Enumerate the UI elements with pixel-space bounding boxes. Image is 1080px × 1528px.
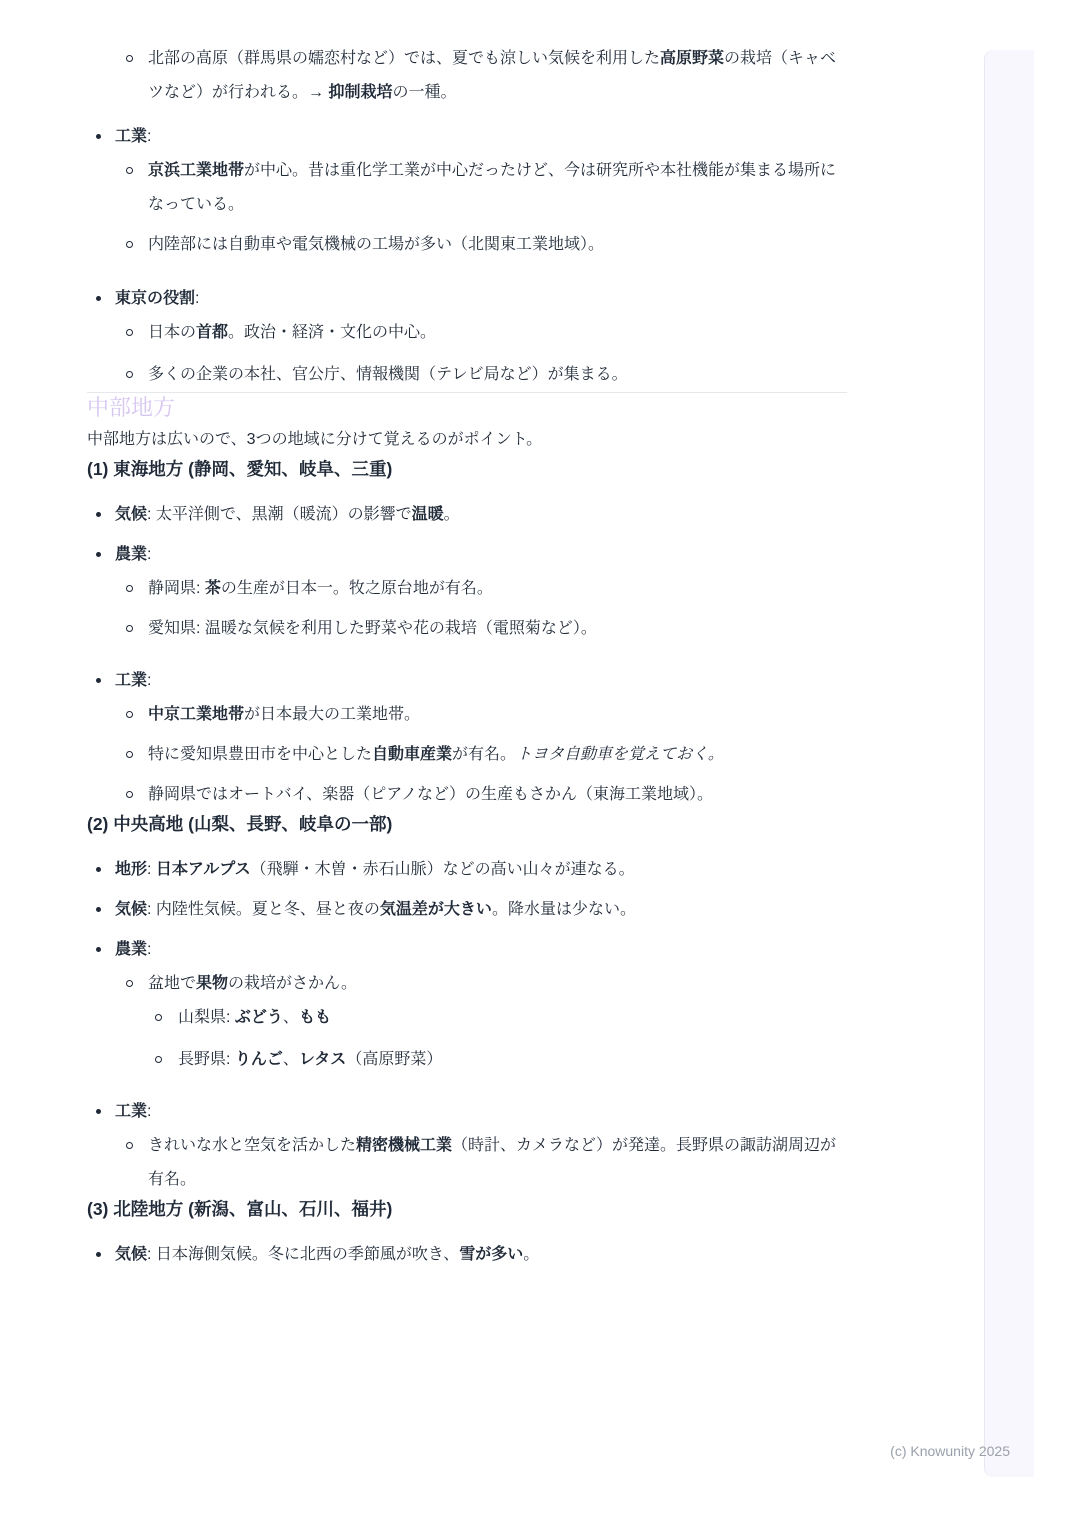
- keihin-industrial-zone-item: 京浜工業地帯が中心。昔は重化学工業が中心だったけど、今は研究所や本社機能が集まる…: [87, 154, 847, 222]
- aichi-flowers-item: 愛知県: 温暖な気候を利用した野菜や花の栽培（電照菊など）。: [87, 612, 847, 646]
- kanto-industry-label: 工業:: [87, 120, 847, 154]
- kanto-industry-group: 工業: 京浜工業地帯が中心。昔は重化学工業が中心だったけど、今は研究所や本社機能…: [87, 120, 847, 262]
- shizuoka-tea-item: 静岡県: 茶の生産が日本一。牧之原台地が有名。: [87, 572, 847, 606]
- chubu-intro-paragraph: 中部地方は広いので、3つの地域に分けて覚えるのがポイント。: [87, 423, 847, 457]
- notes-page: 北部の高原（群馬県の嬬恋村など）では、夏でも涼しい気候を利用した高原野菜の栽培（…: [0, 0, 1080, 1528]
- inland-factories-item: 内陸部には自動車や電気機械の工場が多い（北関東工業地域）。: [87, 228, 847, 262]
- tokai-industry-label: 工業:: [87, 664, 847, 698]
- hokuriku-climate-item: 気候: 日本海側気候。冬に北西の季節風が吹き、雪が多い。: [87, 1238, 847, 1272]
- highland-vegetables-note: 北部の高原（群馬県の嬬恋村など）では、夏でも涼しい気候を利用した高原野菜の栽培（…: [87, 42, 847, 110]
- chubu-region-heading: 中部地方: [87, 393, 847, 423]
- shizuoka-motorcycle-item: 静岡県ではオートバイ、楽器（ピアノなど）の生産もさかん（東海工業地域）。: [87, 778, 847, 812]
- hokuriku-subregion-heading: (3) 北陸地方 (新潟、富山、石川、福井): [87, 1197, 847, 1222]
- copyright-watermark: (c) Knowunity 2025: [890, 1441, 1010, 1461]
- chuo-agriculture-group: 農業: 盆地で果物の栽培がさかん。 山梨県: ぶどう、もも 長野県: りんご、レ…: [87, 933, 847, 1077]
- chuo-terrain-item: 地形: 日本アルプス（飛騨・木曽・赤石山脈）などの高い山々が連なる。: [87, 853, 847, 887]
- next-page-edge: [984, 50, 1034, 1477]
- tokai-industry-group: 工業: 中京工業地帯が日本最大の工業地帯。 特に愛知県豊田市を中心とした自動車産…: [87, 664, 847, 812]
- tokyo-role-group: 東京の役割: 日本の首都。政治・経済・文化の中心。 多くの企業の本社、官公庁、情…: [87, 282, 847, 392]
- notes-content: 北部の高原（群馬県の嬬恋村など）では、夏でも涼しい気候を利用した高原野菜の栽培（…: [87, 0, 847, 1272]
- toyota-auto-item: 特に愛知県豊田市を中心とした自動車産業が有名。トヨタ自動車を覚えておく。: [87, 738, 847, 772]
- tokyo-capital-item: 日本の首都。政治・経済・文化の中心。: [87, 316, 847, 350]
- precision-machinery-item: きれいな水と空気を活かした精密機械工業（時計、カメラなど）が発達。長野県の諏訪湖…: [87, 1129, 847, 1197]
- tokai-agriculture-group: 農業: 静岡県: 茶の生産が日本一。牧之原台地が有名。 愛知県: 温暖な気候を利…: [87, 538, 847, 646]
- tokyo-role-label: 東京の役割:: [87, 282, 847, 316]
- chuo-climate-item: 気候: 内陸性気候。夏と冬、昼と夜の気温差が大きい。降水量は少ない。: [87, 893, 847, 927]
- chuo-industry-label: 工業:: [87, 1095, 847, 1129]
- chukyo-zone-item: 中京工業地帯が日本最大の工業地帯。: [87, 698, 847, 732]
- tokai-agriculture-label: 農業:: [87, 538, 847, 572]
- chuo-kochi-subregion-heading: (2) 中央高地 (山梨、長野、岐阜の一部): [87, 812, 847, 837]
- nagano-fruit-item: 長野県: りんご、レタス（高原野菜）: [87, 1043, 847, 1077]
- chuo-agriculture-label: 農業:: [87, 933, 847, 967]
- tokai-subregion-heading: (1) 東海地方 (静岡、愛知、岐阜、三重): [87, 457, 847, 482]
- tokai-climate-item: 気候: 太平洋側で、黒潮（暖流）の影響で温暖。: [87, 498, 847, 532]
- tokyo-headquarters-item: 多くの企業の本社、官公庁、情報機関（テレビ局など）が集まる。: [87, 358, 847, 392]
- yamanashi-fruit-item: 山梨県: ぶどう、もも: [87, 1001, 847, 1035]
- chuo-industry-group: 工業: きれいな水と空気を活かした精密機械工業（時計、カメラなど）が発達。長野県…: [87, 1095, 847, 1197]
- basin-fruit-item: 盆地で果物の栽培がさかん。: [87, 967, 847, 1001]
